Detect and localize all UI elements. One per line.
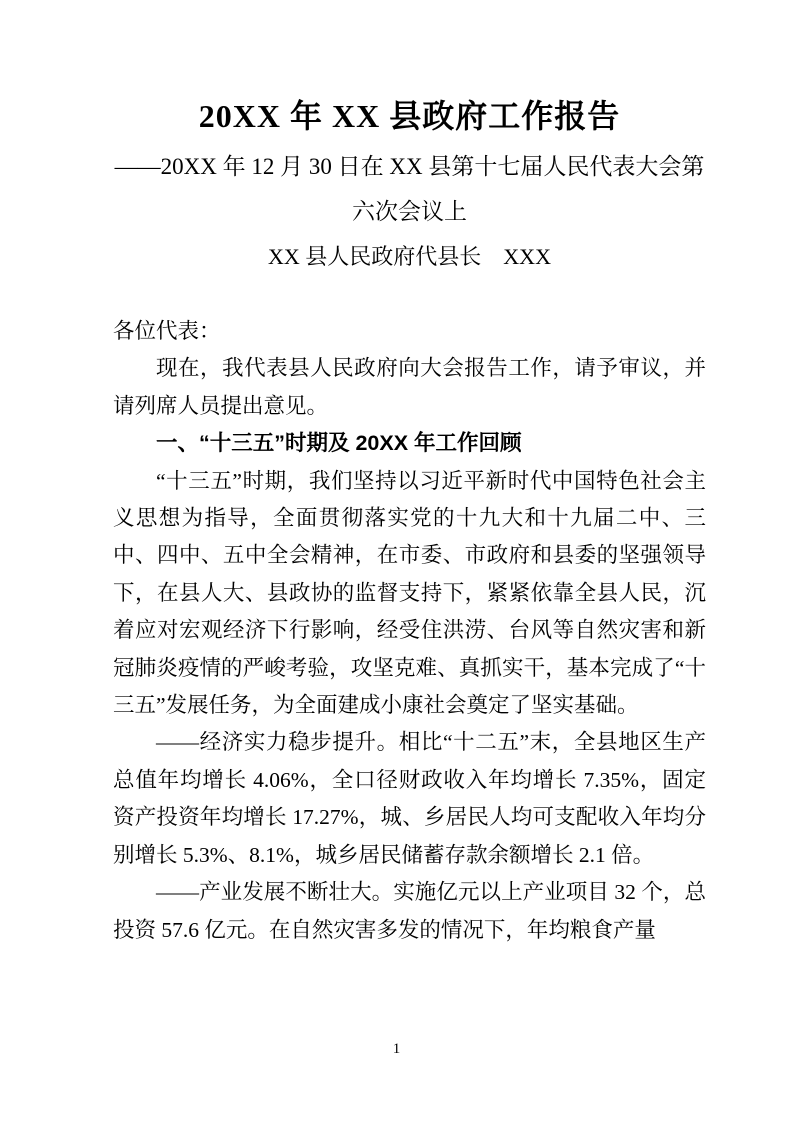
document-subtitle: ——20XX 年 12 月 30 日在 XX 县第十七届人民代表大会第 六次会议…	[113, 144, 706, 234]
paragraph-economic-strength: ——经济实力稳步提升。相比“十二五”末，全县地区生产总值年均增长 4.06%，全…	[113, 724, 706, 874]
paragraph-13th-five-year-review: “十三五”时期，我们坚持以习近平新时代中国特色社会主义思想为指导，全面贯彻落实党…	[113, 463, 706, 725]
document-title: 20XX 年 XX 县政府工作报告	[113, 96, 706, 136]
salutation: 各位代表：	[113, 313, 706, 350]
page-number: 1	[0, 1040, 793, 1058]
document-author-line: XX 县人民政府代县长 XXX	[113, 234, 706, 279]
section-heading-1: 一、“十三五”时期及 20XX 年工作回顾	[113, 425, 706, 462]
subtitle-line-1: ——20XX 年 12 月 30 日在 XX 县第十七届人民代表大会第	[113, 144, 706, 189]
document-body: 各位代表： 现在，我代表县人民政府向大会报告工作，请予审议，并请列席人员提出意见…	[113, 313, 706, 949]
document-page: 20XX 年 XX 县政府工作报告 ——20XX 年 12 月 30 日在 XX…	[0, 0, 793, 1122]
subtitle-line-2: 六次会议上	[113, 189, 706, 234]
paragraph-industry-development: ——产业发展不断壮大。实施亿元以上产业项目 32 个，总投资 57.6 亿元。在…	[113, 874, 706, 949]
paragraph-intro: 现在，我代表县人民政府向大会报告工作，请予审议，并请列席人员提出意见。	[113, 350, 706, 425]
